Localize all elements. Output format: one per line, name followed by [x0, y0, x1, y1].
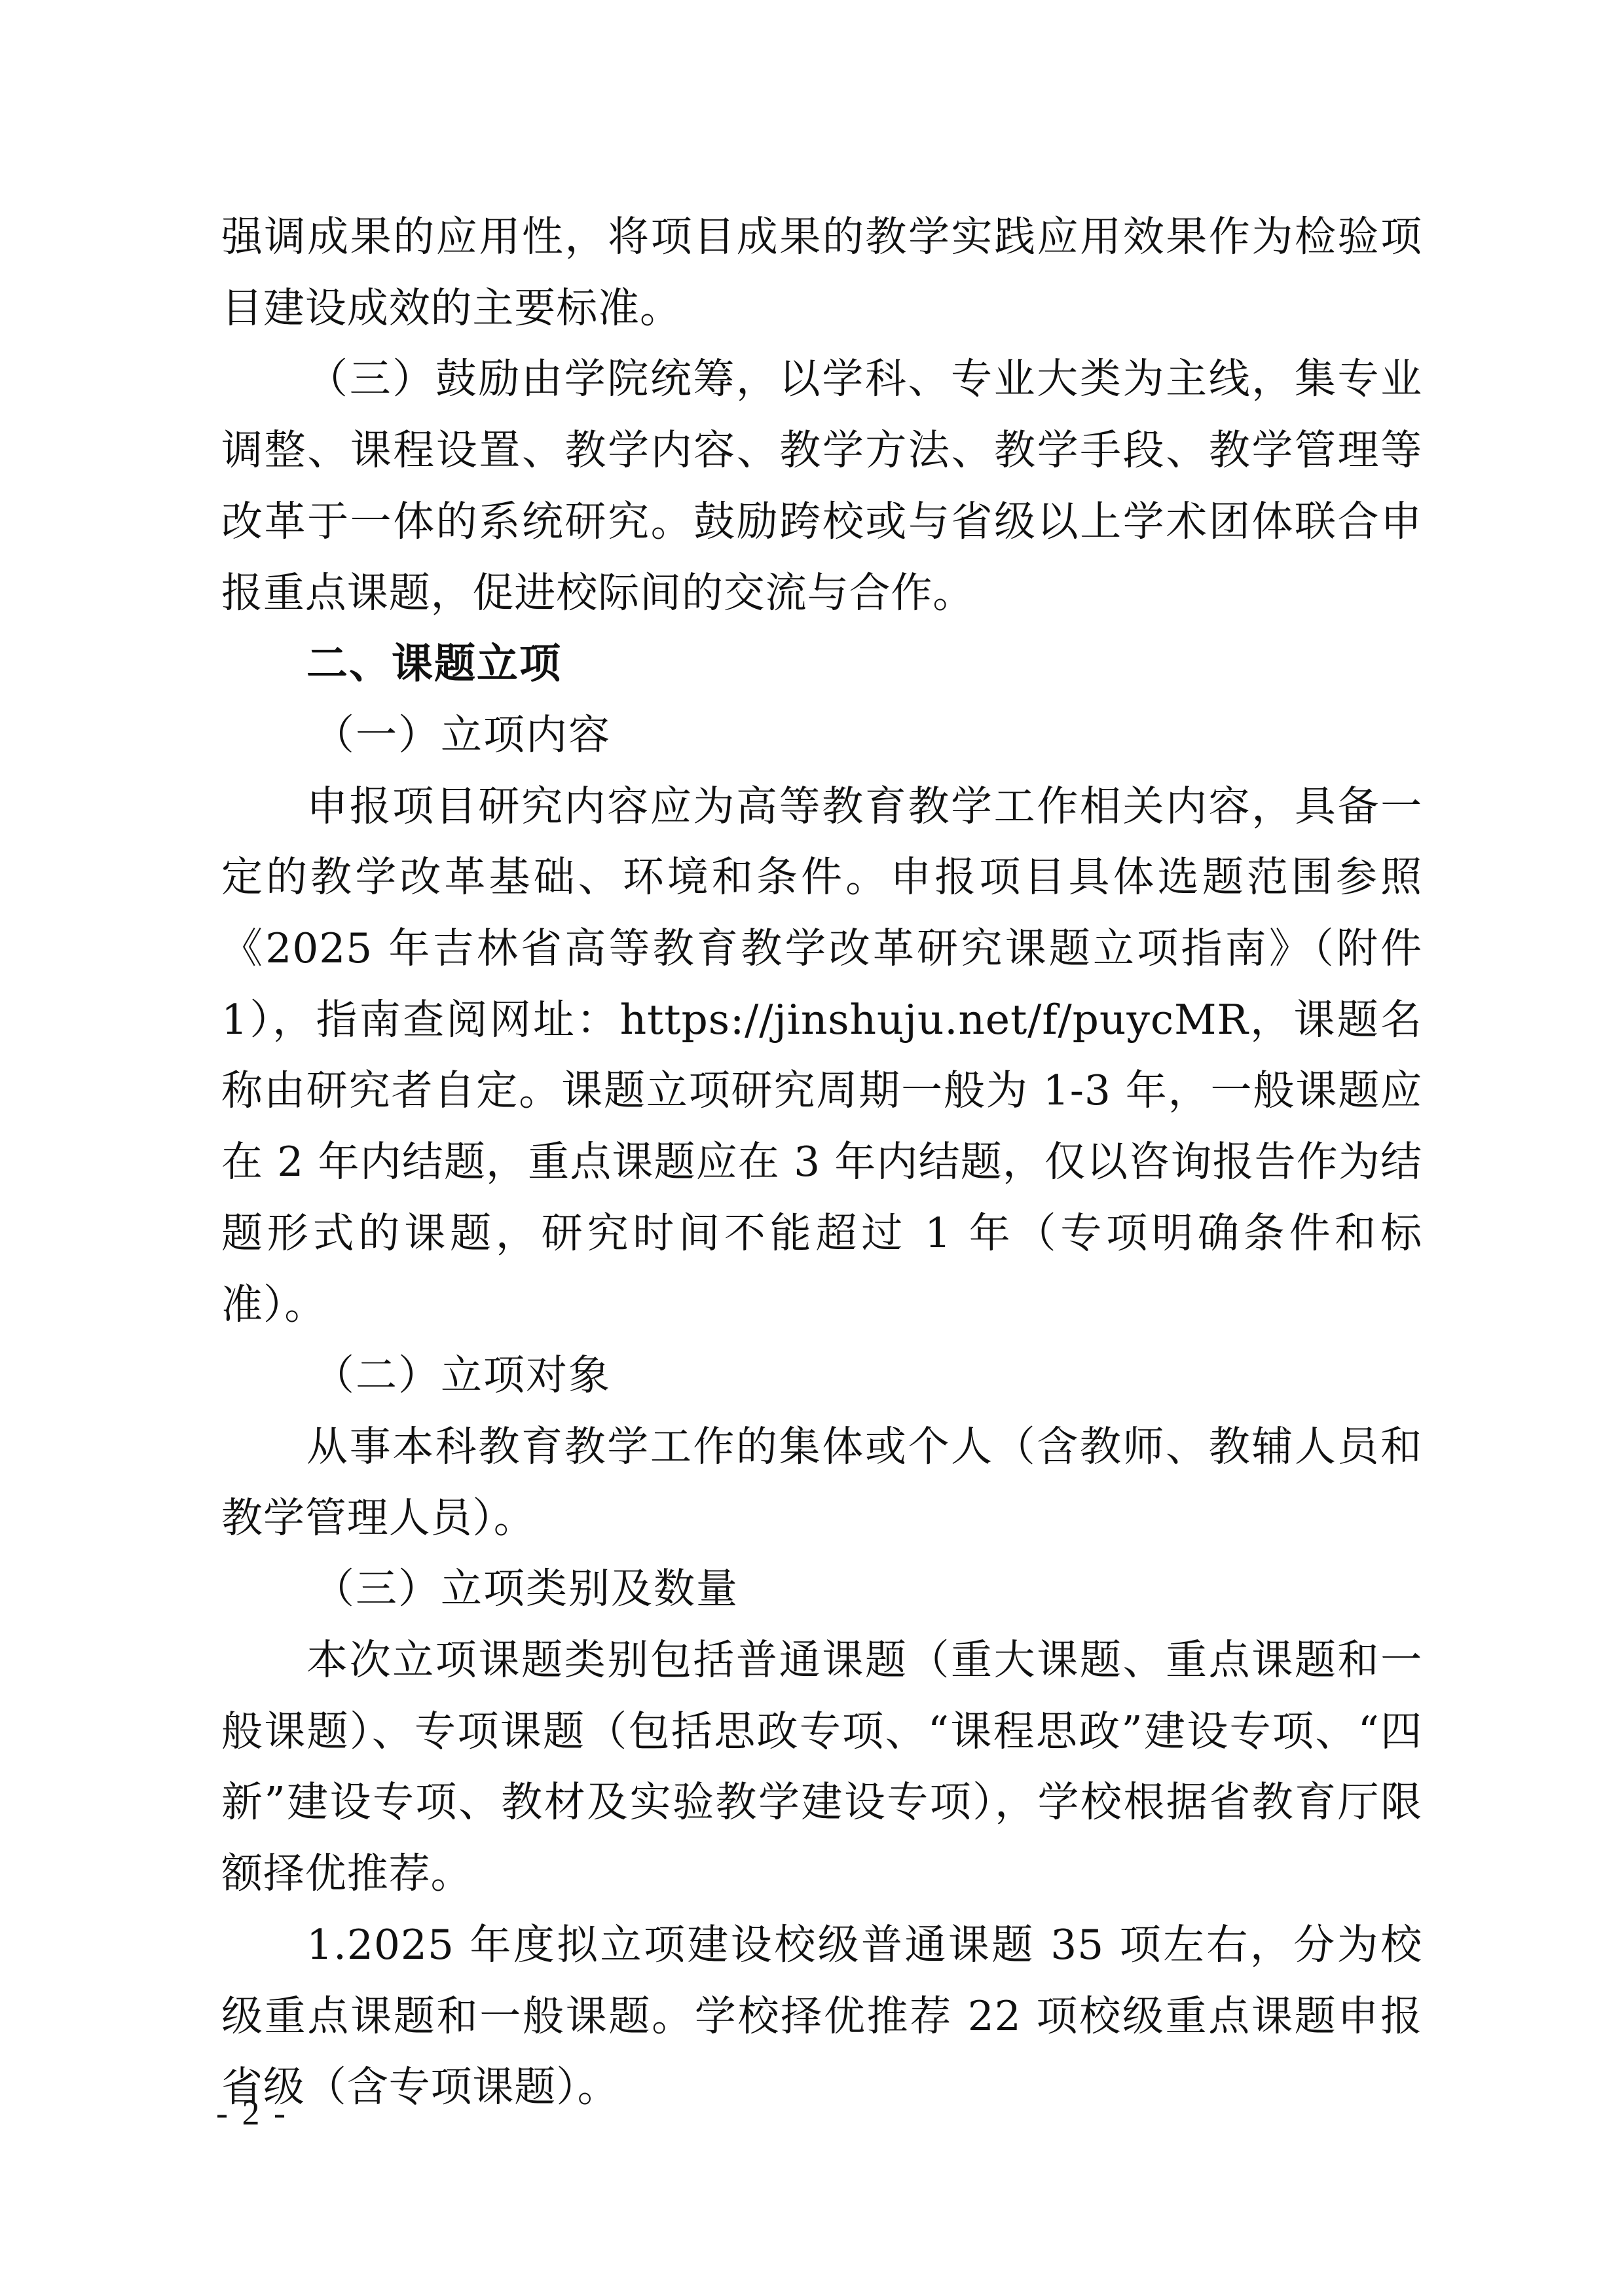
- paragraph-approval-category: 本次立项课题类别包括普通课题（重大课题、重点课题和一般课题）、专项课题（包括思政…: [221, 1625, 1422, 1910]
- paragraph-continuation: 强调成果的应用性，将项目成果的教学实践应用效果作为检验项目建设成效的主要标准。: [221, 202, 1422, 344]
- paragraph-approval-content: 申报项目研究内容应为高等教育教学工作相关内容，具备一定的教学改革基础、环境和条件…: [221, 771, 1422, 1341]
- subheading-approval-content: （一）立项内容: [221, 700, 1422, 771]
- page-number: - 2 -: [216, 2092, 288, 2133]
- subheading-approval-target: （二）立项对象: [221, 1340, 1422, 1412]
- subheading-approval-category: （三）立项类别及数量: [221, 1554, 1422, 1625]
- section-heading-project-approval: 二、课题立项: [221, 629, 1422, 700]
- paragraph-encourage-college: （三）鼓励由学院统筹，以学科、专业大类为主线，集专业调整、课程设置、教学内容、教…: [221, 344, 1422, 629]
- document-page: 强调成果的应用性，将项目成果的教学实践应用效果作为检验项目建设成效的主要标准。 …: [0, 0, 1624, 2296]
- document-body: 强调成果的应用性，将项目成果的教学实践应用效果作为检验项目建设成效的主要标准。 …: [221, 202, 1422, 2123]
- paragraph-approval-target: 从事本科教育教学工作的集体或个人（含教师、教辅人员和教学管理人员）。: [221, 1412, 1422, 1554]
- paragraph-quota: 1.2025 年度拟立项建设校级普通课题 35 项左右，分为校级重点课题和一般课…: [221, 1910, 1422, 2123]
